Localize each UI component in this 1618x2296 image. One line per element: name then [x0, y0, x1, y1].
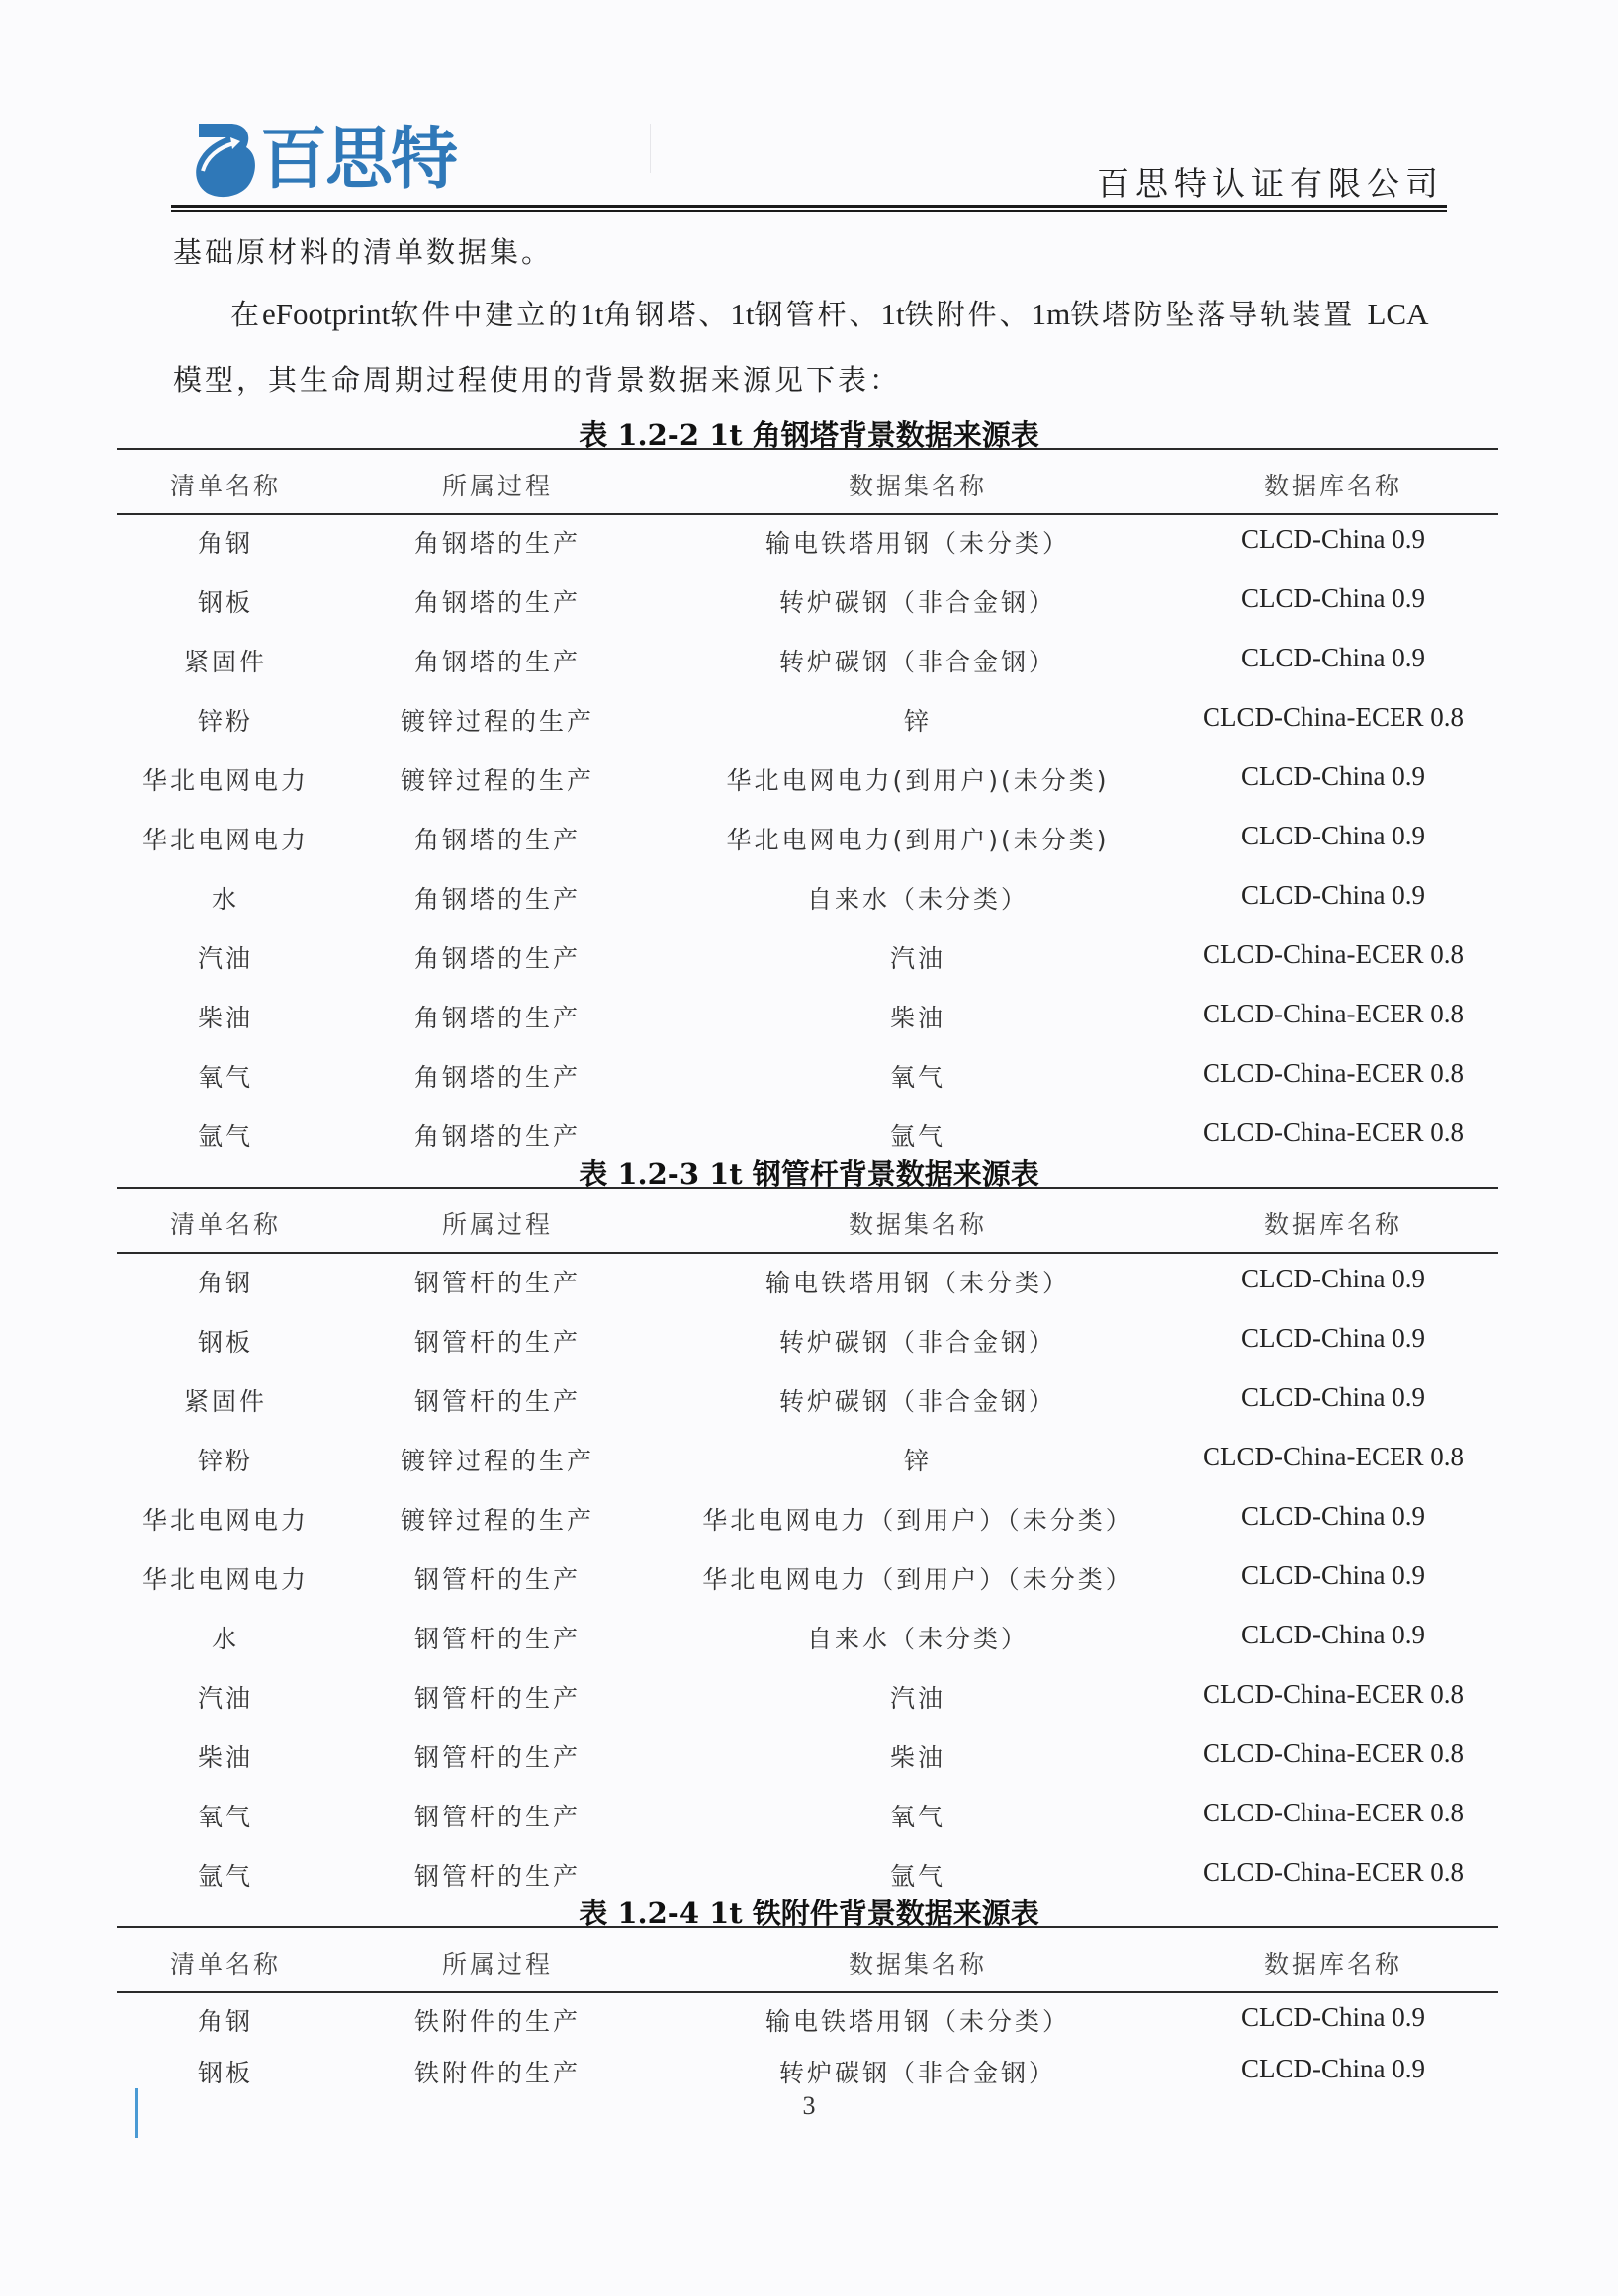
database-name-cell: CLCD-China 0.9 — [1195, 643, 1472, 673]
table-header-rule — [117, 1991, 1498, 1993]
table-row: 钢板角钢塔的生产转炉碳钢（非合金钢）CLCD-China 0.9 — [117, 583, 1498, 623]
process-cell: 角钢塔的生产 — [374, 583, 621, 619]
inventory-name-cell: 氧气 — [127, 1798, 324, 1833]
company-logo: 百思特 — [191, 121, 456, 200]
table-header-rule — [117, 1252, 1498, 1254]
paragraph-line: 模型，其生命周期过程使用的背景数据来源见下表： — [173, 358, 901, 398]
table-row: 锌粉镀锌过程的生产锌CLCD-China-ECER 0.8 — [117, 702, 1498, 742]
dataset-name-cell: 汽油 — [641, 939, 1195, 975]
logo-mark-icon — [191, 122, 256, 199]
dataset-name-cell: 转炉碳钢（非合金钢） — [641, 583, 1195, 619]
dataset-name-cell: 华北电网电力(到用户)(未分类) — [641, 821, 1195, 856]
database-name-cell: CLCD-China 0.9 — [1195, 1382, 1472, 1413]
column-header: 清单名称 — [127, 1205, 324, 1241]
inventory-name-cell: 氩气 — [127, 1857, 324, 1893]
table-row: 紧固件钢管杆的生产转炉碳钢（非合金钢）CLCD-China 0.9 — [117, 1382, 1498, 1422]
column-header: 所属过程 — [374, 467, 621, 502]
database-name-cell: CLCD-China-ECER 0.8 — [1195, 999, 1472, 1029]
dataset-name-cell: 氧气 — [641, 1058, 1195, 1094]
database-name-cell: CLCD-China 0.9 — [1195, 2002, 1472, 2033]
inventory-name-cell: 华北电网电力 — [127, 761, 324, 797]
table-row: 钢板铁附件的生产转炉碳钢（非合金钢）CLCD-China 0.9 — [117, 2054, 1498, 2093]
inventory-name-cell: 汽油 — [127, 939, 324, 975]
table-row: 氩气钢管杆的生产氩气CLCD-China-ECER 0.8 — [117, 1857, 1498, 1897]
database-name-cell: CLCD-China-ECER 0.8 — [1195, 1679, 1472, 1710]
process-cell: 镀锌过程的生产 — [374, 702, 621, 738]
inventory-name-cell: 华北电网电力 — [127, 1560, 324, 1596]
database-name-cell: CLCD-China 0.9 — [1195, 821, 1472, 851]
column-header: 清单名称 — [127, 467, 324, 502]
inventory-name-cell: 华北电网电力 — [127, 1501, 324, 1537]
column-header: 数据集名称 — [641, 467, 1195, 502]
table-top-rule — [117, 448, 1498, 450]
inventory-name-cell: 华北电网电力 — [127, 821, 324, 856]
dataset-name-cell: 汽油 — [641, 1679, 1195, 1715]
table-row: 水角钢塔的生产自来水（未分类）CLCD-China 0.9 — [117, 880, 1498, 920]
inventory-name-cell: 锌粉 — [127, 702, 324, 738]
process-cell: 角钢塔的生产 — [374, 643, 621, 678]
process-cell: 钢管杆的生产 — [374, 1560, 621, 1596]
table-row: 汽油钢管杆的生产汽油CLCD-China-ECER 0.8 — [117, 1679, 1498, 1719]
header-double-rule — [171, 205, 1447, 213]
dataset-name-cell: 输电铁塔用钢（未分类） — [641, 524, 1195, 560]
process-cell: 钢管杆的生产 — [374, 1738, 621, 1774]
inventory-name-cell: 钢板 — [127, 583, 324, 619]
logo-text: 百思特 — [260, 121, 456, 200]
dataset-name-cell: 转炉碳钢（非合金钢） — [641, 643, 1195, 678]
dataset-name-cell: 锌 — [641, 1442, 1195, 1477]
document-page: 百思特 百思特认证有限公司 基础原材料的清单数据集。 在eFootprint软件… — [0, 0, 1618, 2296]
table-row: 角钢钢管杆的生产输电铁塔用钢（未分类）CLCD-China 0.9 — [117, 1264, 1498, 1303]
dataset-name-cell: 柴油 — [641, 1738, 1195, 1774]
database-name-cell: CLCD-China 0.9 — [1195, 1501, 1472, 1532]
process-cell: 钢管杆的生产 — [374, 1382, 621, 1418]
table-row: 氧气角钢塔的生产氧气CLCD-China-ECER 0.8 — [117, 1058, 1498, 1098]
process-cell: 镀锌过程的生产 — [374, 1442, 621, 1477]
database-name-cell: CLCD-China-ECER 0.8 — [1195, 1058, 1472, 1089]
database-name-cell: CLCD-China-ECER 0.8 — [1195, 1798, 1472, 1828]
table-row: 氧气钢管杆的生产氧气CLCD-China-ECER 0.8 — [117, 1798, 1498, 1837]
table-row: 锌粉镀锌过程的生产锌CLCD-China-ECER 0.8 — [117, 1442, 1498, 1481]
company-name: 百思特认证有限公司 — [1097, 158, 1444, 205]
header-divider — [650, 124, 651, 173]
process-cell: 钢管杆的生产 — [374, 1679, 621, 1715]
process-cell: 角钢塔的生产 — [374, 1058, 621, 1094]
table-row: 紧固件角钢塔的生产转炉碳钢（非合金钢）CLCD-China 0.9 — [117, 643, 1498, 682]
column-header: 数据集名称 — [641, 1205, 1195, 1241]
process-cell: 角钢塔的生产 — [374, 939, 621, 975]
column-header: 数据库名称 — [1195, 1205, 1472, 1241]
inventory-name-cell: 锌粉 — [127, 1442, 324, 1477]
dataset-name-cell: 锌 — [641, 702, 1195, 738]
column-header: 所属过程 — [374, 1945, 621, 1981]
database-name-cell: CLCD-China 0.9 — [1195, 1264, 1472, 1294]
process-cell: 铁附件的生产 — [374, 2054, 621, 2089]
dataset-name-cell: 氩气 — [641, 1857, 1195, 1893]
process-cell: 角钢塔的生产 — [374, 524, 621, 560]
table-row: 汽油角钢塔的生产汽油CLCD-China-ECER 0.8 — [117, 939, 1498, 979]
inventory-name-cell: 汽油 — [127, 1679, 324, 1715]
paragraph-line: 基础原材料的清单数据集。 — [173, 230, 553, 271]
table-row: 水钢管杆的生产自来水（未分类）CLCD-China 0.9 — [117, 1620, 1498, 1659]
database-name-cell: CLCD-China 0.9 — [1195, 524, 1472, 555]
inventory-name-cell: 钢板 — [127, 2054, 324, 2089]
dataset-name-cell: 输电铁塔用钢（未分类） — [641, 1264, 1195, 1299]
database-name-cell: CLCD-China-ECER 0.8 — [1195, 702, 1472, 733]
database-name-cell: CLCD-China-ECER 0.8 — [1195, 939, 1472, 970]
inventory-name-cell: 钢板 — [127, 1323, 324, 1359]
dataset-name-cell: 柴油 — [641, 999, 1195, 1034]
process-cell: 镀锌过程的生产 — [374, 1501, 621, 1537]
process-cell: 角钢塔的生产 — [374, 999, 621, 1034]
process-cell: 钢管杆的生产 — [374, 1264, 621, 1299]
database-name-cell: CLCD-China-ECER 0.8 — [1195, 1738, 1472, 1769]
table-row: 柴油角钢塔的生产柴油CLCD-China-ECER 0.8 — [117, 999, 1498, 1038]
database-name-cell: CLCD-China-ECER 0.8 — [1195, 1857, 1472, 1888]
column-header: 所属过程 — [374, 1205, 621, 1241]
database-name-cell: CLCD-China-ECER 0.8 — [1195, 1442, 1472, 1472]
column-header: 数据库名称 — [1195, 467, 1472, 502]
table-header-row: 清单名称所属过程数据集名称数据库名称 — [117, 1945, 1498, 1985]
table-row: 角钢铁附件的生产输电铁塔用钢（未分类）CLCD-China 0.9 — [117, 2002, 1498, 2042]
database-name-cell: CLCD-China 0.9 — [1195, 880, 1472, 911]
process-cell: 角钢塔的生产 — [374, 821, 621, 856]
page-number: 3 — [0, 2091, 1618, 2121]
dataset-name-cell: 转炉碳钢（非合金钢） — [641, 1323, 1195, 1359]
process-cell: 钢管杆的生产 — [374, 1620, 621, 1655]
inventory-name-cell: 氧气 — [127, 1058, 324, 1094]
table-top-rule — [117, 1187, 1498, 1189]
paragraph-intro: 在eFootprint软件中建立的1t角钢塔、1t钢管杆、1t铁附件、1m铁塔防… — [230, 293, 1428, 333]
process-cell: 角钢塔的生产 — [374, 1117, 621, 1153]
process-cell: 角钢塔的生产 — [374, 880, 621, 916]
column-header: 数据库名称 — [1195, 1945, 1472, 1981]
table-row: 华北电网电力钢管杆的生产华北电网电力（到用户）（未分类）CLCD-China 0… — [117, 1560, 1498, 1600]
inventory-name-cell: 角钢 — [127, 2002, 324, 2038]
dataset-name-cell: 自来水（未分类） — [641, 880, 1195, 916]
process-cell: 镀锌过程的生产 — [374, 761, 621, 797]
dataset-name-cell: 华北电网电力（到用户）（未分类） — [641, 1560, 1195, 1596]
process-cell: 铁附件的生产 — [374, 2002, 621, 2038]
table-row: 角钢角钢塔的生产输电铁塔用钢（未分类）CLCD-China 0.9 — [117, 524, 1498, 564]
inventory-name-cell: 紧固件 — [127, 1382, 324, 1418]
inventory-name-cell: 水 — [127, 1620, 324, 1655]
database-name-cell: CLCD-China-ECER 0.8 — [1195, 1117, 1472, 1148]
inventory-name-cell: 氩气 — [127, 1117, 324, 1153]
database-name-cell: CLCD-China 0.9 — [1195, 1323, 1472, 1354]
inventory-name-cell: 角钢 — [127, 1264, 324, 1299]
database-name-cell: CLCD-China 0.9 — [1195, 2054, 1472, 2084]
database-name-cell: CLCD-China 0.9 — [1195, 1620, 1472, 1650]
inventory-name-cell: 柴油 — [127, 999, 324, 1034]
database-name-cell: CLCD-China 0.9 — [1195, 1560, 1472, 1591]
database-name-cell: CLCD-China 0.9 — [1195, 761, 1472, 792]
inventory-name-cell: 紧固件 — [127, 643, 324, 678]
table-header-row: 清单名称所属过程数据集名称数据库名称 — [117, 467, 1498, 506]
column-header: 清单名称 — [127, 1945, 324, 1981]
dataset-name-cell: 氩气 — [641, 1117, 1195, 1153]
table-header-rule — [117, 513, 1498, 515]
dataset-name-cell: 华北电网电力（到用户）（未分类） — [641, 1501, 1195, 1537]
table-row: 华北电网电力镀锌过程的生产华北电网电力（到用户）（未分类）CLCD-China … — [117, 1501, 1498, 1541]
table-row: 华北电网电力角钢塔的生产华北电网电力(到用户)(未分类)CLCD-China 0… — [117, 821, 1498, 860]
dataset-name-cell: 转炉碳钢（非合金钢） — [641, 1382, 1195, 1418]
table-row: 钢板钢管杆的生产转炉碳钢（非合金钢）CLCD-China 0.9 — [117, 1323, 1498, 1363]
dataset-name-cell: 自来水（未分类） — [641, 1620, 1195, 1655]
table-row: 华北电网电力镀锌过程的生产华北电网电力(到用户)(未分类)CLCD-China … — [117, 761, 1498, 801]
column-header: 数据集名称 — [641, 1945, 1195, 1981]
table-row: 氩气角钢塔的生产氩气CLCD-China-ECER 0.8 — [117, 1117, 1498, 1157]
inventory-name-cell: 角钢 — [127, 524, 324, 560]
table-row: 柴油钢管杆的生产柴油CLCD-China-ECER 0.8 — [117, 1738, 1498, 1778]
process-cell: 钢管杆的生产 — [374, 1857, 621, 1893]
inventory-name-cell: 水 — [127, 880, 324, 916]
inventory-name-cell: 柴油 — [127, 1738, 324, 1774]
process-cell: 钢管杆的生产 — [374, 1798, 621, 1833]
database-name-cell: CLCD-China 0.9 — [1195, 583, 1472, 614]
dataset-name-cell: 华北电网电力(到用户)(未分类) — [641, 761, 1195, 797]
process-cell: 钢管杆的生产 — [374, 1323, 621, 1359]
dataset-name-cell: 氧气 — [641, 1798, 1195, 1833]
table-header-row: 清单名称所属过程数据集名称数据库名称 — [117, 1205, 1498, 1245]
table-top-rule — [117, 1926, 1498, 1928]
dataset-name-cell: 输电铁塔用钢（未分类） — [641, 2002, 1195, 2038]
dataset-name-cell: 转炉碳钢（非合金钢） — [641, 2054, 1195, 2089]
